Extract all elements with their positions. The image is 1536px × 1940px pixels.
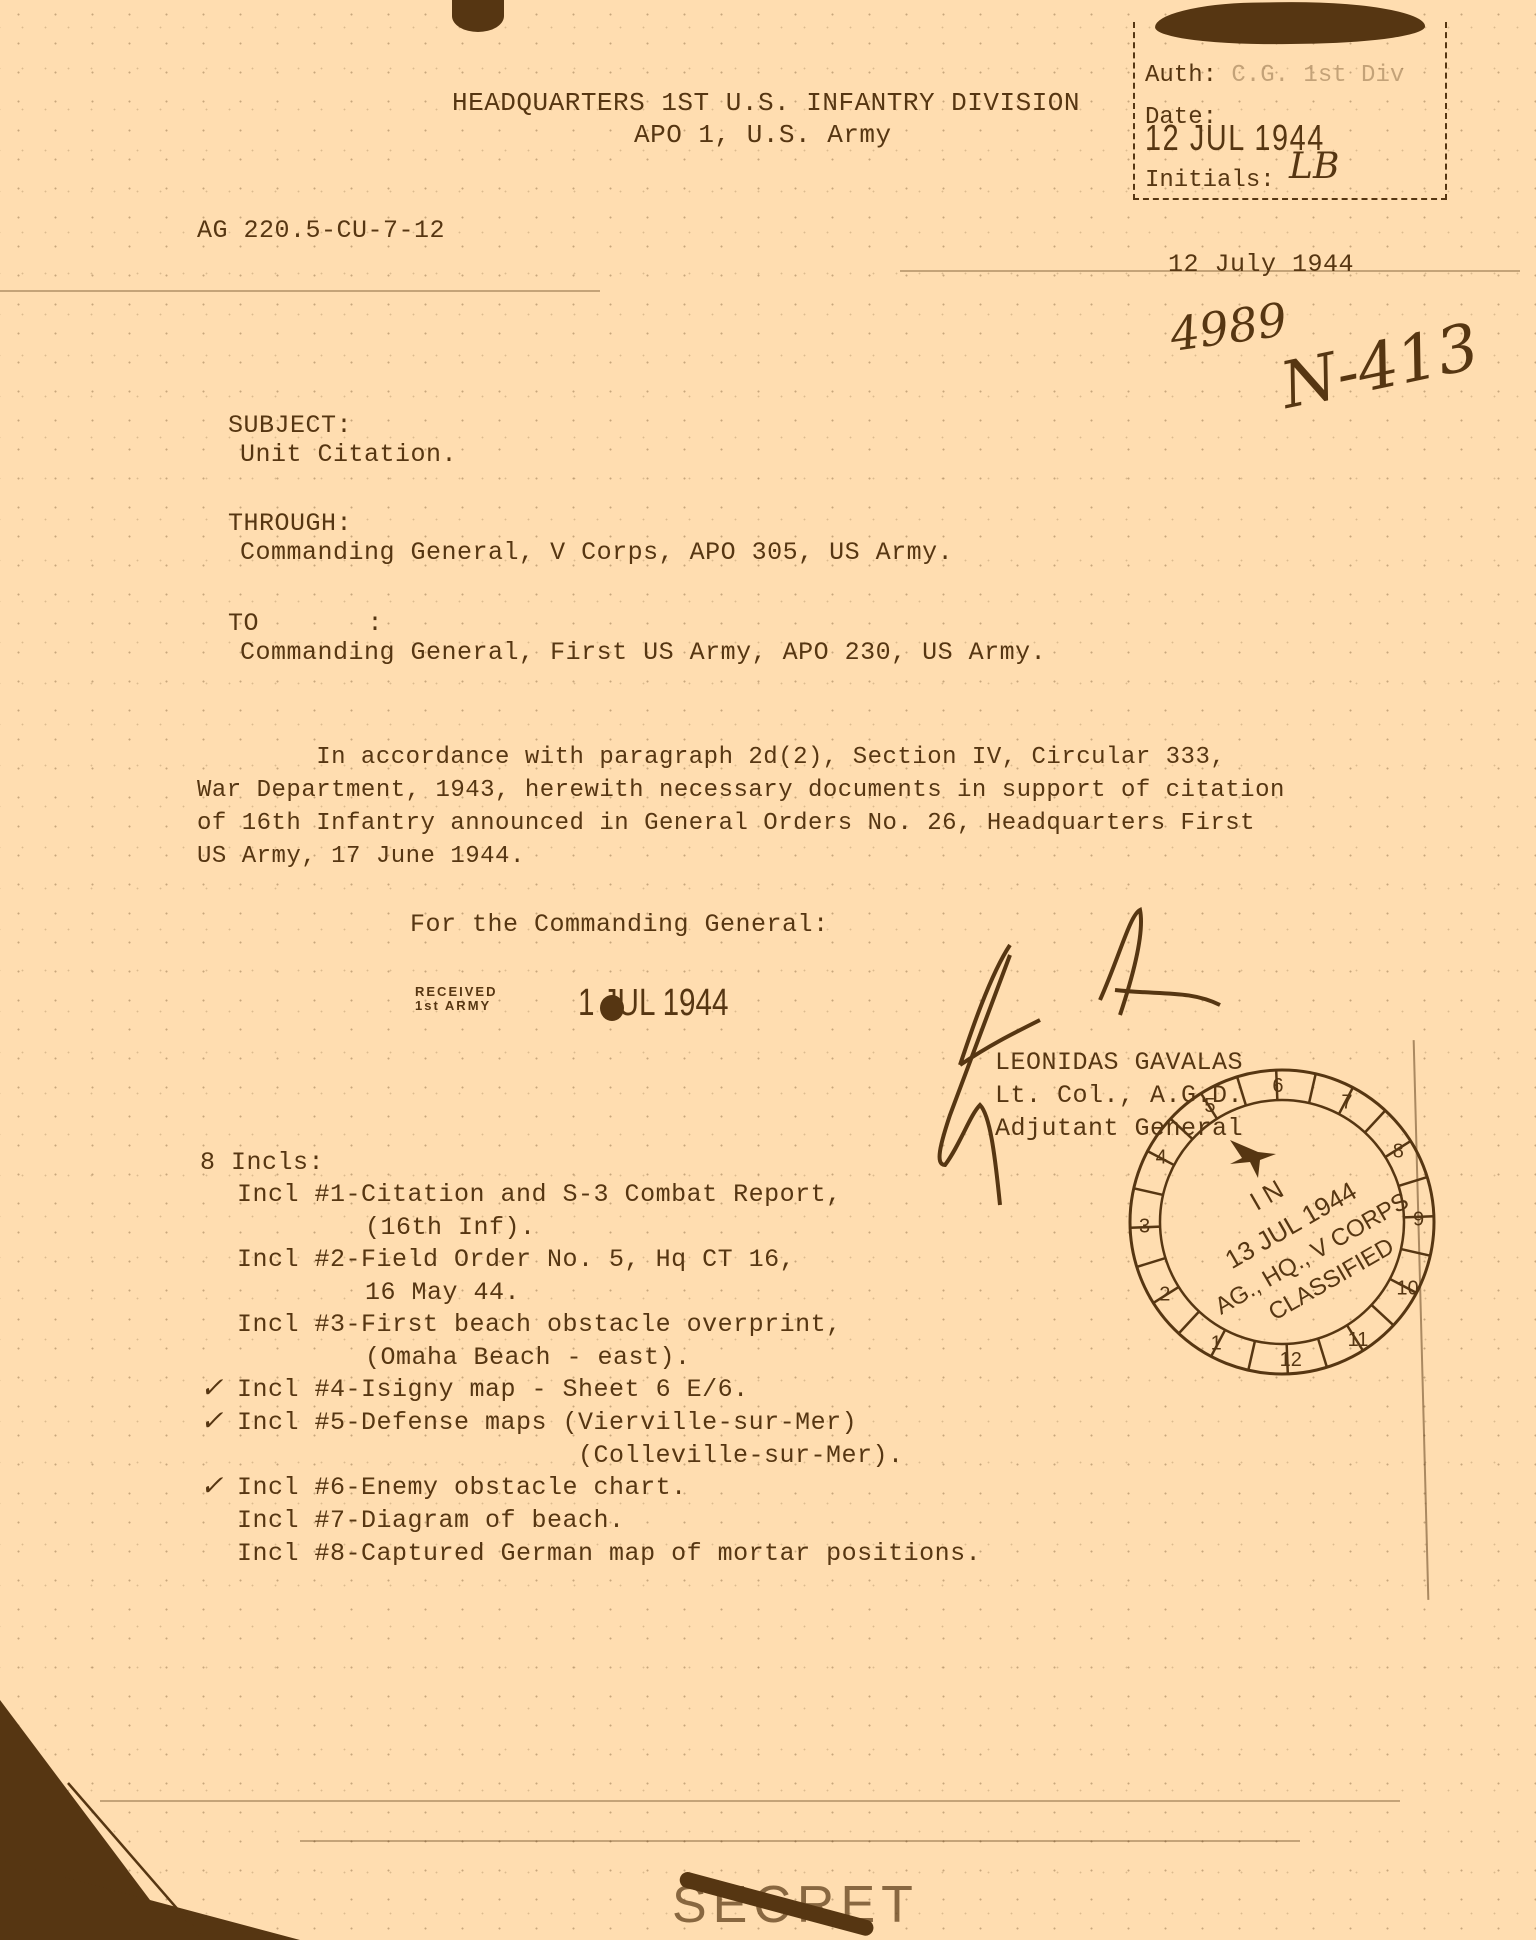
auth-stamp-box: Auth: C.G. 1st Div Date: 12 JUL 1944 Ini…	[1133, 22, 1447, 200]
enclosure-item: Incl #1-Citation and S-3 Combat Report,	[237, 1180, 842, 1209]
to-label: TO :	[228, 609, 383, 638]
handwritten-number: 4989	[1167, 292, 1290, 362]
punch-hole-mark	[452, 0, 504, 32]
enclosure-item-continuation: 16 May 44.	[365, 1278, 520, 1307]
to-text: Commanding General, First US Army, APO 2…	[240, 638, 1046, 667]
fold-lines	[0, 1700, 220, 1940]
enclosure-item-continuation: (Colleville-sur-Mer).	[578, 1441, 904, 1470]
enclosure-item: Incl #8-Captured German map of mortar po…	[237, 1539, 981, 1568]
svg-text:10: 10	[1396, 1277, 1418, 1299]
svg-text:6: 6	[1272, 1075, 1283, 1097]
enclosure-item-continuation: (Omaha Beach - east).	[365, 1343, 691, 1372]
received-label-line2: 1st ARMY	[415, 999, 497, 1013]
check-mark-icon: ✓	[200, 1371, 223, 1404]
svg-text:4: 4	[1156, 1147, 1167, 1169]
through-line: THROUGH: Commanding General, V Corps, AP…	[197, 480, 953, 567]
check-mark-icon: ✓	[200, 1404, 223, 1437]
enclosures-header: 8 Incls:	[200, 1148, 324, 1177]
auth-initials-row: Initials: LB	[1145, 154, 1339, 195]
ink-blot	[600, 995, 624, 1021]
svg-text:12: 12	[1280, 1349, 1302, 1371]
closing-line: For the Commanding General:	[410, 910, 829, 939]
svg-text:1: 1	[1211, 1332, 1222, 1354]
svg-text:3: 3	[1139, 1216, 1150, 1238]
scan-streak	[100, 1800, 1400, 1802]
body-line: US Army, 17 June 1944.	[197, 843, 525, 870]
received-stamp-label: RECEIVED 1st ARMY	[415, 985, 497, 1013]
auth-row: Auth: C.G. 1st Div	[1145, 62, 1404, 89]
body-line: In accordance with paragraph 2d(2), Sect…	[197, 744, 1225, 771]
body-line: of 16th Infantry announced in General Or…	[197, 810, 1255, 837]
auth-initials-value: LB	[1289, 146, 1339, 187]
enclosure-item: Incl #6-Enemy obstacle chart.	[237, 1473, 687, 1502]
letterhead-apo: APO 1, U.S. Army	[634, 120, 892, 150]
subject-label: SUBJECT:	[228, 411, 352, 440]
svg-text:11: 11	[1348, 1329, 1369, 1351]
scan-streak	[0, 290, 600, 292]
to-line: TO : Commanding General, First US Army, …	[197, 580, 1046, 667]
svg-text:8: 8	[1393, 1140, 1404, 1162]
scan-streak	[300, 1840, 1300, 1842]
subject-line: SUBJECT: Unit Citation.	[197, 382, 457, 469]
document-date: 12 July 1944	[1168, 250, 1354, 279]
through-label: THROUGH:	[228, 509, 352, 538]
received-label-line1: RECEIVED	[415, 985, 497, 999]
enclosure-item-continuation: (16th Inf).	[365, 1213, 536, 1242]
letterhead-title: HEADQUARTERS 1ST U.S. INFANTRY DIVISION	[452, 88, 1080, 118]
enclosure-item: Incl #4-Isigny map - Sheet 6 E/6.	[237, 1375, 749, 1404]
check-mark-icon: ✓	[200, 1469, 223, 1502]
handwritten-code: N-413	[1274, 310, 1485, 424]
auth-value: C.G. 1st Div	[1231, 62, 1404, 89]
stamp-line1: I N	[1245, 1174, 1289, 1217]
enclosure-item: Incl #5-Defense maps (Vierville-sur-Mer)	[237, 1408, 857, 1437]
body-line: War Department, 1943, herewith necessary…	[197, 777, 1285, 804]
subject-text: Unit Citation.	[240, 440, 457, 469]
enclosure-item: Incl #3-First beach obstacle overprint,	[237, 1310, 842, 1339]
auth-label: Auth:	[1145, 62, 1217, 89]
svg-text:7: 7	[1341, 1092, 1352, 1114]
corps-received-stamp: 567891011121234 I N 13 JUL 1944 AG., HQ.…	[1120, 1060, 1450, 1390]
auth-initials-label: Initials:	[1145, 167, 1275, 194]
through-text: Commanding General, V Corps, APO 305, US…	[240, 538, 953, 567]
enclosure-item: Incl #7-Diagram of beach.	[237, 1506, 625, 1535]
enclosure-item: Incl #2-Field Order No. 5, Hq CT 16,	[237, 1245, 795, 1274]
svg-text:5: 5	[1204, 1095, 1215, 1117]
file-reference: AG 220.5-CU-7-12	[197, 216, 445, 245]
svg-text:2: 2	[1159, 1284, 1170, 1306]
